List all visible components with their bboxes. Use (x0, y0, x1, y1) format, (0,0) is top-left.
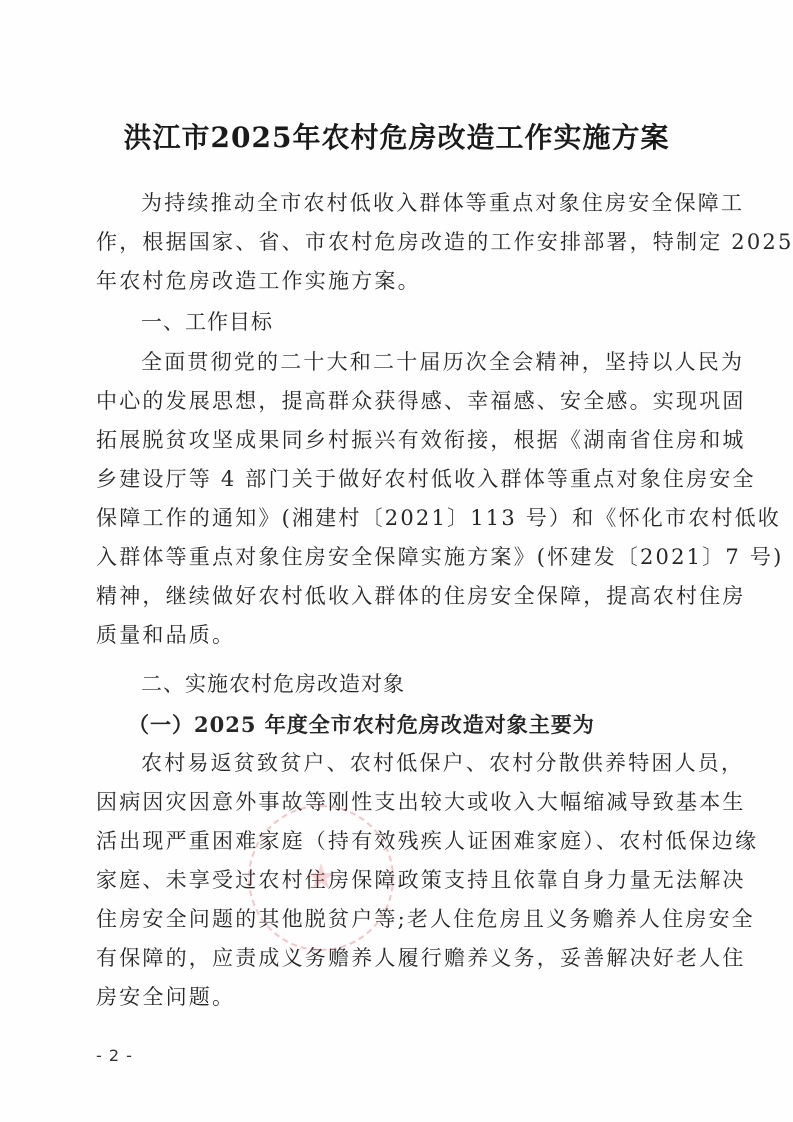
section1-line: 质量和品质。 (96, 616, 700, 655)
section1-line: 中心的发展思想，提高群众获得感、幸福感、安全感。实现巩固 (96, 382, 700, 421)
subsection-line: 活出现严重困难家庭（持有效残疾人证困难家庭）、农村低保边缘 (96, 822, 700, 861)
subsection-line: 因病因灾因意外事故等刚性支出较大或收入大幅缩减导致基本生 (96, 783, 700, 822)
section-heading-targets: 二、实施农村危房改造对象 (96, 663, 700, 705)
subsection-line: 农村易返贫致贫户、农村低保户、农村分散供养特困人员， (96, 744, 700, 783)
section-heading-goals: 一、工作目标 (96, 301, 700, 343)
section1-line: 乡建设厅等 4 部门关于做好农村低收入群体等重点对象住房安全 (96, 460, 700, 499)
subsection-line: 有保障的，应责成义务赡养人履行赡养义务，妥善解决好老人住 (96, 939, 700, 978)
intro-line: 年农村危房改造工作实施方案。 (96, 262, 700, 301)
subsection-heading: （一）2025 年度全市农村危房改造对象主要为 (96, 705, 700, 744)
document-page: 洪江市2025年农村危房改造工作实施方案 为持续推动全市农村低收入群体等重点对象… (0, 0, 793, 1122)
section1-line: 保障工作的通知》(湘建村〔2021〕113 号）和《怀化市农村低收 (96, 499, 700, 538)
section1-line: 精神，继续做好农村低收入群体的住房安全保障，提高农村住房 (96, 577, 700, 616)
section1-line: 拓展脱贫攻坚成果同乡村振兴有效衔接，根据《湖南省住房和城 (96, 421, 700, 460)
subsection-line: 房安全问题。 (96, 978, 700, 1017)
spacer (96, 655, 700, 663)
section1-line: 入群体等重点对象住房安全保障实施方案》(怀建发〔2021〕7 号) (96, 538, 700, 577)
intro-line: 作，根据国家、省、市农村危房改造的工作安排部署，特制定 2025 (96, 223, 700, 262)
document-body: 为持续推动全市农村低收入群体等重点对象住房安全保障工 作，根据国家、省、市农村危… (96, 184, 700, 1017)
page-number: - 2 - (96, 1046, 133, 1065)
subsection-line: 住房安全问题的其他脱贫户等;老人住危房且义务赡养人住房安全 (96, 900, 700, 939)
intro-line: 为持续推动全市农村低收入群体等重点对象住房安全保障工 (96, 184, 700, 223)
section1-line: 全面贯彻党的二十大和二十届历次全会精神，坚持以人民为 (96, 343, 700, 382)
document-title: 洪江市2025年农村危房改造工作实施方案 (0, 120, 793, 156)
subsection-line: 家庭、未享受过农村住房保障政策支持且依靠自身力量无法解决 (96, 861, 700, 900)
